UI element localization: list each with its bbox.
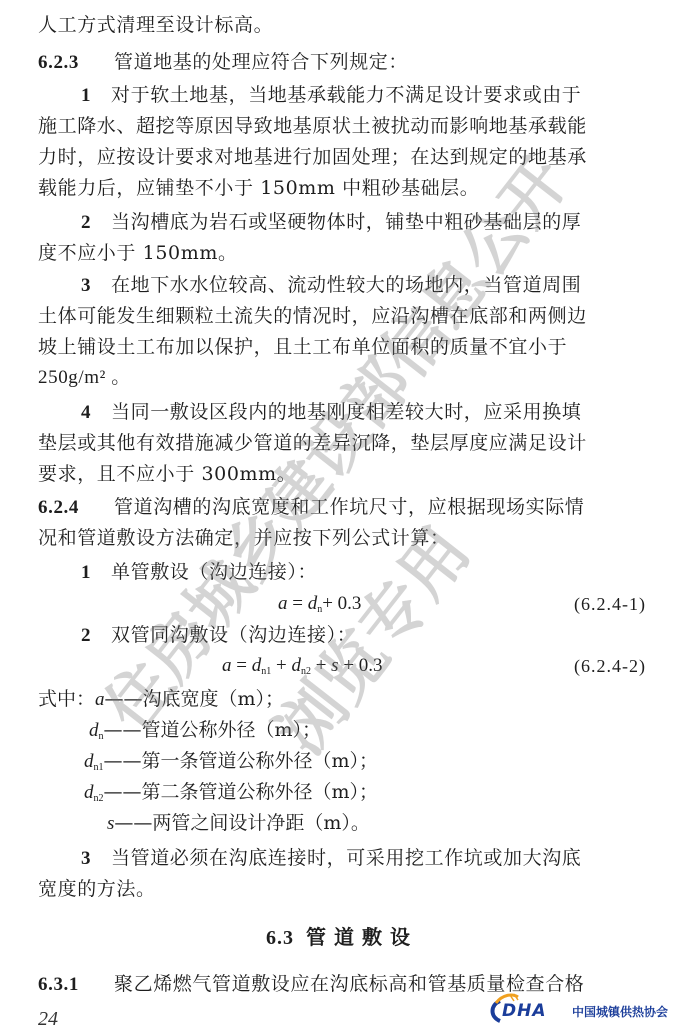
list-item-1: 1对于软土地基，当地基承载能力不满足设计要求或由于	[81, 83, 684, 108]
section-heading: 6.3管道敷设	[0, 924, 684, 951]
document-page: 人工方式清理至设计标高。 6.2.3管道地基的处理应符合下列规定： 1对于软土地…	[0, 0, 684, 1035]
text-line: 250g/m² 。	[38, 366, 650, 390]
line-text: 施工降水、超挖等原因导致地基原状土被扰动而影响地基承载能	[38, 115, 587, 137]
symbol-def-dn: dn——管道公称外径（m）；	[89, 718, 321, 749]
eq-op: +	[316, 655, 331, 676]
symbol-desc: ——沟底宽度（m）；	[105, 688, 285, 710]
line-text: 250g/m² 。	[38, 367, 131, 388]
where-label: 式中：	[38, 688, 95, 710]
text-line: 坡上铺设土工布加以保护，且土工布单位面积的质量不宜小于	[38, 335, 650, 359]
eq-lhs: a	[278, 593, 288, 614]
item-number: 2	[81, 624, 111, 648]
symbol-def-dn1: dn1——第一条管道公称外径（m）；	[84, 749, 378, 780]
symbol-subscript: n1	[94, 762, 104, 773]
item-text: 单管敷设（沟边连接）：	[111, 561, 317, 583]
symbol: d	[84, 751, 94, 772]
clause-text: 管道沟槽的沟底宽度和工作坑尺寸，应根据现场实际情	[114, 496, 584, 518]
logo-abbr: DHA	[502, 1001, 547, 1021]
text-line: 载能力后，应铺垫不小于 150mm 中粗砂基础层。	[38, 176, 650, 200]
text-line: 要求，且不应小于 300mm。	[38, 462, 650, 486]
line-text: 垫层或其他有效措施减少管道的差异沉降，垫层厚度应满足设计	[38, 432, 587, 454]
eq-subscript: n2	[301, 666, 311, 677]
eq-rest: + 0.3	[322, 593, 361, 614]
logo-org-name: 中国城镇供热协会	[572, 1003, 668, 1020]
page-number: 24	[38, 1008, 58, 1031]
symbol-desc: ——两管之间设计净距（m）。	[114, 812, 370, 834]
eq-lhs: a	[222, 655, 232, 676]
item-number: 3	[81, 274, 111, 298]
section-number: 6.3	[266, 927, 294, 949]
clause-text: 聚乙烯燃气管道敷设应在沟底标高和管基质量检查合格	[114, 973, 584, 995]
list-item-3-pit: 3当管道必须在沟底连接时，可采用挖工作坑或加大沟底	[81, 846, 684, 871]
symbol-desc: ——第二条管道公称外径（m）；	[104, 781, 379, 803]
eq-sign: =	[288, 593, 308, 614]
clause-number: 6.3.1	[38, 973, 114, 997]
line-text: 要求，且不应小于 300mm。	[38, 463, 296, 485]
equation-6-2-4-2: a = dn1 + dn2 + s + 0.3	[222, 654, 383, 684]
line-text: 况和管道敷设方法确定，并应按下列公式计算：	[38, 527, 450, 549]
item-text: 当沟槽底为岩石或坚硬物体时，铺垫中粗砂基础层的厚	[111, 211, 581, 233]
text-line: 施工降水、超挖等原因导致地基原状土被扰动而影响地基承载能	[38, 114, 650, 138]
eq-rest: + 0.3	[339, 655, 383, 676]
item-number: 4	[81, 401, 111, 425]
equation-number: (6.2.4-2)	[574, 654, 646, 678]
line-text: 坡上铺设土工布加以保护，且土工布单位面积的质量不宜小于	[38, 336, 567, 358]
clause-6-2-4: 6.2.4管道沟槽的沟底宽度和工作坑尺寸，应根据现场实际情	[38, 495, 650, 520]
item-text: 双管同沟敷设（沟边连接）：	[111, 624, 356, 646]
line-text: 宽度的方法。	[38, 878, 156, 900]
line-text: 人工方式清理至设计标高。	[38, 14, 273, 36]
eq-sign: =	[232, 655, 252, 676]
symbol: d	[89, 720, 99, 741]
item-number: 1	[81, 561, 111, 585]
item-text: 当同一敷设区段内的地基刚度相差较大时，应采用换填	[111, 401, 581, 423]
text-line: 垫层或其他有效措施减少管道的差异沉降，垫层厚度应满足设计	[38, 431, 650, 455]
item-number: 2	[81, 211, 111, 235]
eq-var: d	[291, 655, 301, 676]
eq-var: d	[252, 655, 262, 676]
item-number: 1	[81, 84, 111, 108]
clause-number: 6.2.3	[38, 51, 114, 75]
equation-number: (6.2.4-1)	[574, 592, 646, 616]
line-text: 力时，应按设计要求对地基进行加固处理；在达到规定的地基承	[38, 146, 587, 168]
clause-6-2-3: 6.2.3管道地基的处理应符合下列规定：	[38, 50, 650, 75]
list-item-single-pipe: 1单管敷设（沟边连接）：	[81, 560, 684, 585]
list-item-double-pipe: 2双管同沟敷设（沟边连接）：	[81, 623, 684, 648]
text-line: 况和管道敷设方法确定，并应按下列公式计算：	[38, 526, 650, 550]
symbol-desc: ——管道公称外径（m）；	[104, 719, 322, 741]
cdha-logo: DHA 中国城镇供热协会	[486, 993, 682, 1023]
list-item-2: 2当沟槽底为岩石或坚硬物体时，铺垫中粗砂基础层的厚	[81, 210, 684, 235]
text-line: 度不应小于 150mm。	[38, 241, 650, 265]
list-item-4: 4当同一敷设区段内的地基刚度相差较大时，应采用换填	[81, 400, 684, 425]
symbol-def-s: s——两管之间设计净距（m）。	[107, 811, 370, 836]
item-text: 对于软土地基，当地基承载能力不满足设计要求或由于	[111, 84, 581, 106]
section-title: 管道敷设	[306, 925, 418, 949]
item-text: 在地下水水位较高、流动性较大的场地内，当管道周围	[111, 274, 581, 296]
text-line: 人工方式清理至设计标高。	[38, 13, 650, 37]
item-number: 3	[81, 847, 111, 871]
text-line: 宽度的方法。	[38, 877, 650, 901]
line-text: 度不应小于 150mm。	[38, 242, 238, 264]
text-line: 土体可能发生细颗粒土流失的情况时，应沿沟槽在底部和两侧边	[38, 304, 650, 328]
symbol-def-dn2: dn2——第二条管道公称外径（m）；	[84, 780, 378, 811]
clause-text: 管道地基的处理应符合下列规定：	[114, 51, 408, 73]
eq-subscript: n1	[261, 666, 271, 677]
equation-6-2-4-1: a = dn+ 0.3	[278, 592, 361, 622]
eq-op: +	[276, 655, 291, 676]
symbol: a	[95, 689, 105, 710]
eq-var: d	[308, 593, 318, 614]
clause-number: 6.2.4	[38, 496, 114, 520]
symbol-desc: ——第一条管道公称外径（m）；	[104, 750, 379, 772]
symbol-subscript: n2	[94, 793, 104, 804]
line-text: 土体可能发生细颗粒土流失的情况时，应沿沟槽在底部和两侧边	[38, 305, 587, 327]
list-item-3: 3在地下水水位较高、流动性较大的场地内，当管道周围	[81, 273, 684, 298]
symbol-def-a: 式中：a——沟底宽度（m）；	[38, 687, 284, 712]
eq-var: s	[331, 655, 338, 676]
text-line: 力时，应按设计要求对地基进行加固处理；在达到规定的地基承	[38, 145, 650, 169]
item-text: 当管道必须在沟底连接时，可采用挖工作坑或加大沟底	[111, 847, 581, 869]
line-text: 载能力后，应铺垫不小于 150mm 中粗砂基础层。	[38, 177, 479, 199]
symbol: d	[84, 782, 94, 803]
